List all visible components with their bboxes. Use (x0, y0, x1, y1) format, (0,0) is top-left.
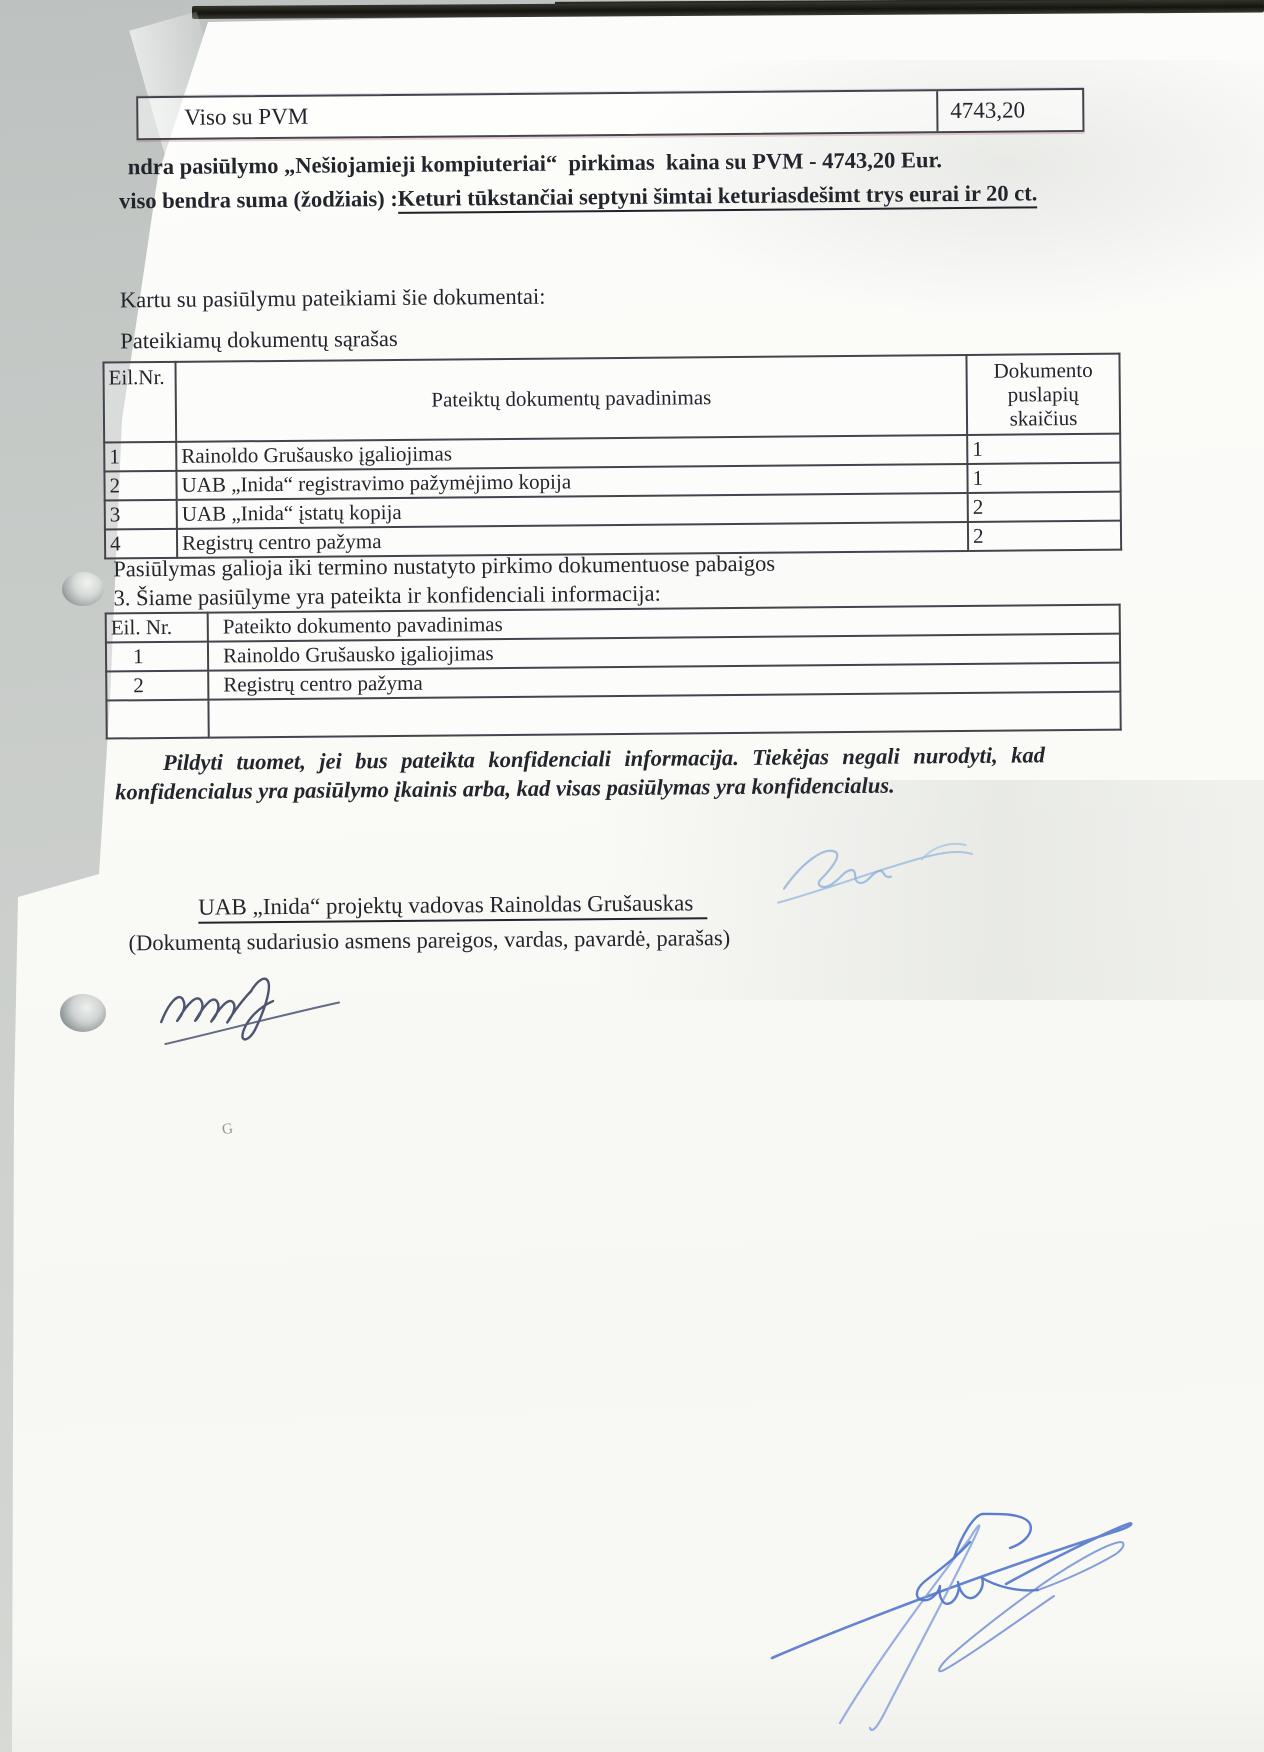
signature-dark (151, 954, 352, 1051)
documents-table: Eil.Nr. Pateiktų dokumentų pavadinimas D… (102, 353, 1122, 560)
hole-punch-mark (62, 572, 104, 606)
hole-punch-mark (60, 994, 106, 1032)
header-nr: Eil. Nr. (106, 613, 208, 643)
header-name: Pateiktų dokumentų pavadinimas (175, 355, 967, 442)
cell-pages: 1 (967, 434, 1120, 464)
signer-caption: (Dokumentą sudariusio asmens pareigos, v… (128, 925, 730, 956)
summary-amount-in-words: viso bendra suma (žodžiais) :Keturi tūks… (119, 180, 1038, 214)
validity-note: Pasiūlymas galioja iki termino nustatyto… (113, 551, 775, 583)
confidential-table: Eil. Nr. Pateikto dokumento pavadinimas … (105, 604, 1122, 740)
scanned-document-page: Viso su PVM 4743,20 ndra pasiūlymo „Neši… (0, 0, 1264, 1752)
stray-pen-mark: G (221, 1121, 234, 1139)
cell-nr: 3 (105, 500, 177, 530)
cell-nr: 2 (104, 471, 176, 501)
cell-nr: 4 (105, 529, 177, 559)
header-nr: Eil.Nr. (103, 362, 176, 443)
confidential-heading: 3. Šiame pasiūlyme yra pateikta ir konfi… (113, 581, 661, 612)
signature-large-blue (686, 1462, 1156, 1752)
totals-value: 4743,20 (936, 90, 1082, 131)
cell-nr: 1 (104, 442, 176, 472)
signer-line: UAB „Inida“ projektų vadovas Rainoldas G… (198, 890, 707, 920)
attachments-list-title: Pateikiamų dokumentų sąrašas (120, 326, 398, 354)
totals-row: Viso su PVM 4743,20 (136, 88, 1084, 140)
cell-nr: 2 (106, 671, 208, 701)
cell-nr: 1 (106, 642, 208, 672)
confidentiality-instruction: Pildyti tuomet, jei bus pateikta konfide… (115, 740, 1045, 806)
header-pages: Dokumento puslapių skaičius (966, 354, 1120, 435)
cell-pages: 2 (968, 492, 1121, 522)
summary-price-line: ndra pasiūlymo „Nešiojamieji kompiuteria… (128, 147, 942, 180)
documents-table-header: Eil.Nr. Pateiktų dokumentų pavadinimas D… (103, 354, 1120, 443)
amount-words-value: Keturi tūkstančiai septyni šimtai keturi… (398, 180, 1038, 214)
cell-pages: 1 (967, 463, 1120, 493)
attachments-intro: Kartu su pasiūlymu pateikiami šie dokume… (120, 284, 546, 314)
signature-small-blue (774, 823, 980, 910)
table-row-empty (106, 692, 1120, 739)
cell-pages: 2 (968, 521, 1121, 551)
totals-label: Viso su PVM (138, 98, 936, 131)
amount-words-label: viso bendra suma (žodžiais) : (119, 186, 398, 213)
